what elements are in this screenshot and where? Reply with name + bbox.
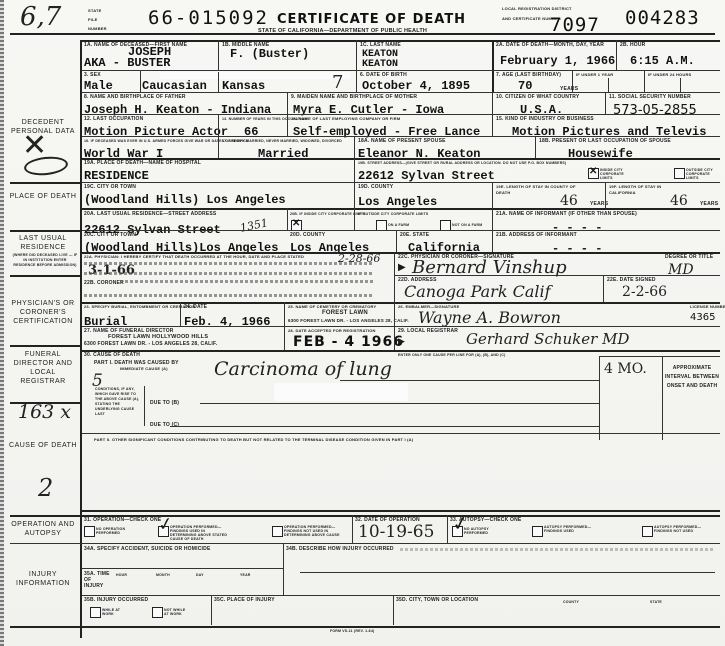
field-label: 19a. PLACE OF DEATH—NAME OF HOSPITAL — [84, 160, 201, 166]
field-label: MONTH — [156, 572, 170, 578]
cell-divider — [396, 230, 397, 252]
arrow-marker-icon: ▶ — [398, 262, 406, 273]
field-label: 15. KIND OF INDUSTRY OR BUSINESS — [496, 116, 594, 122]
row-rule — [82, 136, 720, 137]
operation-date: 10-19-65 — [358, 522, 434, 542]
autopsy-findings-used-checkbox[interactable] — [532, 526, 543, 537]
row-rule — [82, 114, 720, 115]
field-label: 31. OPERATION—CHECK ONE — [84, 517, 161, 523]
field-label: OPERATION PERFORMED—FINDINGS NOT USED IN… — [284, 525, 348, 537]
field-label: 35d. CITY, TOWN OR LOCATION — [396, 597, 478, 603]
field-label: 18b. PRESENT OR LAST OCCUPATION OF SPOUS… — [539, 138, 671, 144]
row-rule — [82, 208, 720, 210]
section-last-residence: LAST USUAL RESIDENCE — [8, 234, 78, 252]
field-label: 2b. HOUR — [620, 42, 646, 48]
field-label: 29. LOCAL REGISTRAR — [398, 328, 458, 334]
cell-divider — [287, 92, 288, 114]
field-label: 21a. NAME OF INFORMANT (IF OTHER THAN SP… — [496, 211, 637, 217]
margin-cause-code: 163 x — [18, 401, 71, 423]
row-rule — [82, 70, 720, 71]
section-cause: CAUSE OF DEATH — [8, 441, 78, 450]
physician-address: Canoga Park Calif — [404, 282, 551, 301]
cell-divider — [605, 92, 606, 114]
row-rule — [82, 433, 720, 434]
embalmer-signature: Wayne A. Bowron — [418, 308, 561, 327]
cell-divider — [287, 114, 288, 136]
field-label: DEGREE OR TITLE — [665, 254, 713, 260]
field-label: IF UNDER 24 HOURS — [648, 72, 691, 78]
field-label: COUNTY — [563, 599, 579, 605]
cell-divider — [394, 252, 395, 302]
section-rule — [10, 275, 82, 277]
cell-divider — [218, 136, 219, 158]
cell-divider — [603, 275, 604, 302]
cell-divider — [211, 595, 212, 625]
cell-divider — [616, 40, 617, 70]
cell-divider — [492, 40, 494, 92]
cell-divider — [218, 40, 219, 70]
cell-divider — [354, 136, 355, 158]
fine-print — [120, 280, 374, 283]
registrar-signature: Gerhard Schuker MD — [466, 330, 629, 348]
document-title: CERTIFICATE OF DEATH — [277, 12, 466, 27]
cause-line — [340, 380, 600, 381]
arrow-marker-icon: ▶ — [398, 336, 405, 347]
field-label: 19f. LENGTH OF STAY IN CALIFORNIA — [609, 184, 679, 196]
while-at-work-checkbox[interactable] — [90, 607, 101, 618]
cell-divider — [352, 515, 353, 543]
row-rule — [82, 92, 720, 93]
death-certificate: 6,7 STATE FILE NUMBER 66-015092 CERTIFIC… — [0, 0, 725, 646]
cell-divider — [492, 92, 493, 114]
field-label: 22e. DATE SIGNED — [607, 277, 656, 283]
row-rule — [82, 326, 720, 327]
scan-edge — [0, 0, 4, 646]
field-label: 22b. CORONER — [84, 280, 124, 286]
cell-divider — [608, 78, 609, 92]
field-label: INSIDE CITY CORPORATE LIMITS — [600, 168, 628, 180]
cell-divider — [393, 595, 394, 625]
row-rule — [82, 230, 720, 231]
field-label: 35b. INJURY OCCURRED — [84, 597, 148, 603]
hour-of-death: 6:15 A.M. — [630, 55, 695, 68]
field-label: ON A FARM — [388, 222, 409, 228]
field-label: HOUR — [116, 572, 127, 578]
section-place-of-death: PLACE OF DEATH — [8, 192, 78, 201]
section-operation: OPERATION AND AUTOPSY — [8, 520, 78, 538]
section-rule — [10, 543, 82, 544]
cell-divider — [447, 515, 448, 543]
field-label: PART II. OTHER SIGNIFICANT CONDITIONS CO… — [94, 437, 413, 443]
row-rule — [82, 543, 720, 544]
field-label: 30. CAUSE OF DEATH — [84, 352, 140, 358]
field-label: 11. SOCIAL SECURITY NUMBER — [609, 94, 691, 100]
row-rule — [82, 182, 720, 183]
field-label: 14. NAME OF LAST EMPLOYING COMPANY OR FI… — [291, 116, 400, 122]
state-file-number: 66-015092 — [148, 7, 269, 29]
field-label: AUTOPSY PERFORMED—FINDINGS NOT USED — [654, 525, 716, 533]
state-file-label: STATE FILE NUMBER — [88, 6, 112, 33]
row-rule — [82, 595, 720, 596]
cause-line — [170, 426, 599, 427]
date-of-death: February 1, 1966 — [500, 55, 615, 68]
cell-divider — [662, 356, 663, 440]
section-rule — [10, 182, 82, 184]
field-label: 20a. LAST USUAL RESIDENCE—STREET ADDRESS — [84, 211, 216, 217]
years-unit: YEARS — [700, 201, 718, 207]
cell-divider — [535, 136, 536, 158]
certificate-number: 004283 — [625, 7, 700, 29]
field-label: 24. DATE — [184, 304, 207, 310]
cell-divider — [394, 302, 395, 326]
section-funeral: FUNERAL DIRECTOR AND LOCAL REGISTRAR — [8, 350, 78, 386]
field-label: LICENSE NUMBER — [690, 304, 725, 310]
place-of-death-city: (Woodland Hills) Los Angeles — [84, 194, 286, 207]
onset-interval: 4 MO. — [604, 361, 647, 377]
field-label: NOT ON A FARM — [452, 222, 482, 228]
birthplace-mark: 7 — [332, 72, 343, 93]
cell-divider — [356, 70, 357, 92]
informant-address: - - - - — [552, 243, 602, 256]
cell-divider — [218, 72, 219, 92]
header-rule — [10, 33, 715, 35]
field-label: 10. CITIZEN OF WHAT COUNTRY — [496, 94, 579, 100]
no-operation-checkbox[interactable] — [84, 526, 95, 537]
row-rule — [394, 275, 720, 276]
margin-note-top: 6,7 — [20, 2, 61, 32]
row-rule — [82, 568, 283, 569]
accepted-date-stamp: FEB - 4 1966 — [293, 334, 404, 350]
cell-divider — [180, 302, 181, 326]
not-at-work-checkbox[interactable] — [152, 607, 163, 618]
cell-divider — [287, 208, 288, 230]
field-label: 18a. NAME OF PRESENT SPOUSE — [358, 138, 446, 144]
fine-print — [400, 548, 715, 551]
autopsy-findings-not-used-checkbox[interactable] — [642, 526, 653, 537]
fine-print — [84, 272, 374, 275]
fine-print — [84, 294, 374, 297]
checkmark-icon: ✕ — [589, 166, 597, 177]
field-label: 34b. DESCRIBE HOW INJURY OCCURRED — [286, 546, 394, 552]
cell-divider — [284, 302, 285, 326]
immediate-cause: Carcinoma of lung — [214, 358, 392, 380]
field-label: NO AUTOPSY PERFORMED — [464, 527, 494, 535]
field-label: WHILE AT WORK — [102, 608, 122, 616]
field-label: DUE TO (c) — [150, 422, 179, 428]
cemetery-name: FOREST LAWN — [322, 310, 368, 316]
field-label: DAY — [196, 572, 204, 578]
section-rule — [10, 230, 82, 232]
field-label: 2a. DATE OF DEATH—MONTH, DAY, YEAR — [496, 42, 604, 48]
aka-name: AKA - BUSTER — [84, 57, 170, 70]
checkmark-icon: ✕ — [292, 218, 300, 229]
outside-city-checkbox[interactable] — [674, 168, 685, 179]
field-label: NOT WHILE AT WORK — [164, 608, 190, 616]
cell-divider — [599, 356, 600, 440]
cell-divider — [492, 182, 493, 208]
field-label: 21b. ADDRESS OF INFORMANT — [496, 232, 577, 238]
field-label: 19d. COUNTY — [358, 184, 393, 190]
funeral-director: FOREST LAWN HOLLYWOOD HILLS — [108, 334, 208, 340]
section-injury: INJURY INFORMATION — [8, 570, 78, 588]
cell-divider — [680, 78, 681, 92]
left-column-divider — [80, 40, 82, 638]
cell-divider — [283, 543, 284, 595]
field-label: 20e. STATE — [400, 232, 429, 238]
field-label: 20d. COUNTY — [290, 232, 325, 238]
middle-name: F. (Buster) — [230, 48, 309, 61]
embalmer-license: 4365 — [690, 312, 715, 323]
section-physician: PHYSICIAN'S OR CORONER'S CERTIFICATION — [8, 299, 78, 326]
cell-divider — [140, 70, 141, 92]
field-label: 9. MAIDEN NAME AND BIRTHPLACE OF MOTHER — [291, 94, 417, 100]
cell-divider — [394, 326, 395, 350]
field-label: 23. SPECIFY BURIAL, ENTOMBMENT OR CREMAT… — [84, 304, 196, 310]
stay-california: 46 — [670, 193, 688, 209]
field-label: 19b. STREET ADDRESS—(GIVE STREET OR RURA… — [358, 160, 566, 166]
field-label: 17. SPECIFY MARRIED, NEVER MARRIED, WIDO… — [222, 138, 342, 144]
field-label: YEAR — [240, 572, 251, 578]
cell-divider — [354, 158, 355, 208]
field-label: 7. AGE (LAST BIRTHDAY) — [496, 72, 561, 78]
field-label: OUTSIDE CITY CORPORATE LIMITS — [686, 168, 714, 180]
field-label: IMMEDIATE CAUSE (a) — [120, 366, 168, 372]
field-label: IF OUTSIDE CITY CORPORATE LIMITS — [358, 211, 428, 217]
field-label: 8. NAME AND BIRTHPLACE OF FATHER — [84, 94, 186, 100]
row-rule — [599, 356, 720, 357]
cemetery-address: 6300 FOREST LAWN DR. - LOS ANGELES 28, C… — [288, 318, 409, 324]
date-signed: 2-2-66 — [622, 284, 667, 300]
field-label: 34a. SPECIFY ACCIDENT, SUICIDE OR HOMICI… — [84, 546, 210, 552]
field-label: 35a. TIME OF INJURY — [84, 571, 110, 589]
cell-divider — [218, 114, 219, 136]
field-label: ENTER ONLY ONE CAUSE PER LINE FOR (a), (… — [398, 352, 506, 358]
field-label: STATE — [650, 599, 662, 605]
field-label: DUE TO (b) — [150, 400, 179, 406]
cell-divider — [354, 208, 355, 230]
cell-divider — [356, 40, 357, 70]
residence-street-note: 1351 — [239, 216, 269, 235]
field-label: 3. SEX — [84, 72, 101, 78]
field-label: 19c. CITY OR TOWN — [84, 184, 136, 190]
field-label: 20c. CITY OR TOWN — [84, 232, 136, 238]
attended-note: 2-28-66 — [338, 252, 380, 265]
cell-divider — [644, 70, 645, 92]
cell-divider — [492, 114, 493, 136]
cell-divider — [605, 182, 606, 208]
stay-county: 46 — [560, 193, 578, 209]
field-label: 6. DATE OF BIRTH — [360, 72, 407, 78]
form-number: Form VS-11 (Rev. 1-64) — [330, 628, 374, 634]
cause-line — [200, 403, 599, 404]
margin-digit-2: 2 — [38, 474, 53, 502]
funeral-director-address: 6300 FOREST LAWN DR. - LOS ANGELES 28, C… — [84, 341, 217, 347]
redaction — [274, 383, 408, 401]
last-residence-note: (WHERE DID DECEASED LIVE — IF IN INSTITU… — [12, 253, 78, 268]
field-label: NO OPERATION PERFORMED — [96, 527, 132, 535]
interval-label: APPROXIMATE INTERVAL BETWEEN ONSET AND D… — [664, 364, 720, 391]
field-label: AUTOPSY PERFORMED—FINDINGS USED — [544, 525, 598, 533]
field-label: 35c. PLACE OF INJURY — [214, 597, 275, 603]
field-label: CONDITIONS, IF ANY, WHICH GAVE RISE TO T… — [95, 387, 143, 417]
section-rule — [10, 515, 82, 517]
op-findings-not-used-checkbox[interactable] — [272, 526, 283, 537]
field-label: 12. LAST OCCUPATION — [84, 116, 143, 122]
disposition-date: Feb. 4, 1966 — [184, 316, 270, 329]
describe-line — [300, 572, 715, 573]
section-rule — [10, 345, 82, 347]
ssn: 573-05-2855 — [613, 104, 697, 117]
redaction — [160, 72, 350, 79]
cell-divider — [572, 70, 573, 92]
field-label: OPERATION PERFORMED—FINDINGS USED IN DET… — [170, 525, 232, 541]
cell-divider — [284, 326, 285, 350]
dates-attended: 3-1-66 — [88, 263, 135, 278]
field-label: 22a. PHYSICIAN: I HEREBY CERTIFY THAT DE… — [84, 254, 304, 260]
row-rule — [82, 510, 720, 512]
